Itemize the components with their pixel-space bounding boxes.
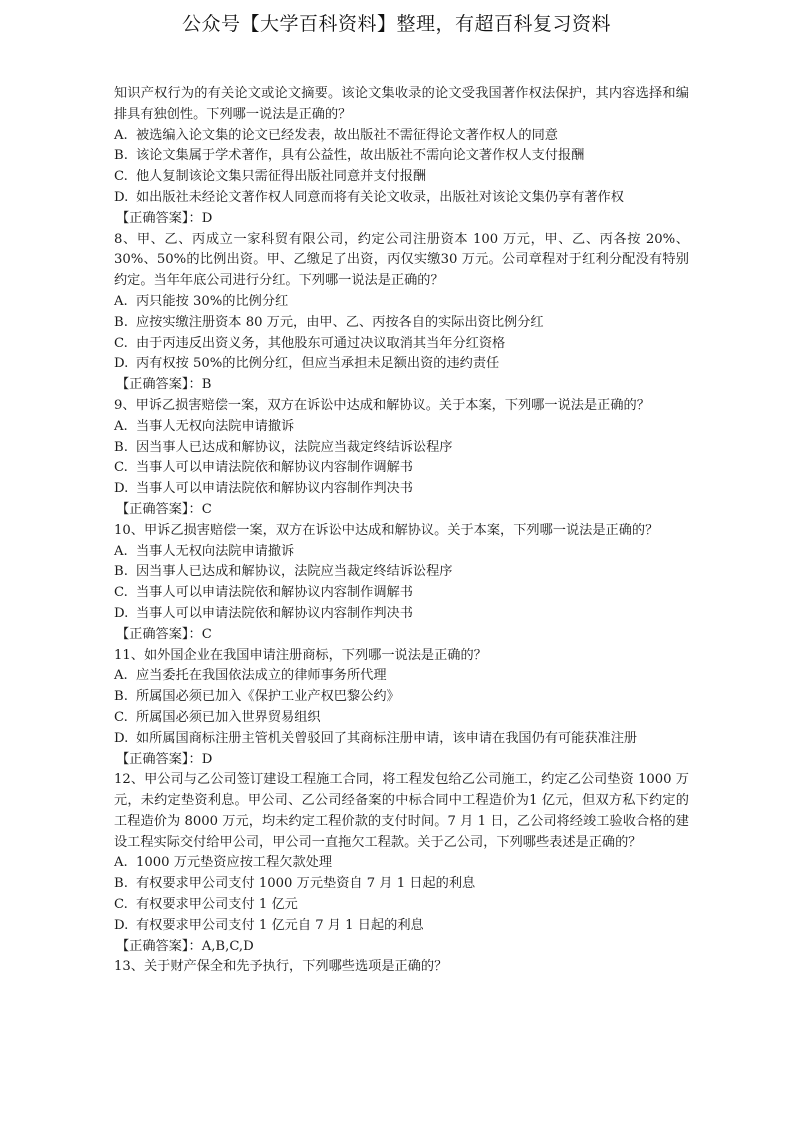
option-a: A.1000 万元垫资应按工程欠款处理 [114,853,689,874]
option-text: 所属国必须已加入世界贸易组织 [136,710,321,725]
option-a: A.当事人无权向法院申请撤诉 [114,542,689,563]
option-a: A.当事人无权向法院申请撤诉 [114,417,689,438]
answer-line: 【正确答案】：D [116,750,689,771]
option-a: A.应当委托在我国依法成立的律师事务所代理 [114,666,689,687]
option-text: 1000 万元垫资应按工程欠款处理 [136,855,332,870]
answer-label: 【正确答案】： [116,752,202,767]
answer-label: 【正确答案】： [116,627,202,642]
option-d: D.丙有权按 50%的比例分红，但应当承担未足额出资的违约责任 [114,354,689,375]
option-letter: C. [114,334,136,355]
option-text: 有权要求甲公司支付 1000 万元垫资自 7 月 1 日起的利息 [136,876,475,891]
answer-label: 【正确答案】： [116,939,202,954]
option-text: 所属国必须已加入《保护工业产权巴黎公约》 [136,689,400,704]
page-header: 公众号【大学百科资料】整理，有超百科复习资料 [0,9,793,36]
option-text: 应当委托在我国依法成立的律师事务所代理 [136,668,387,683]
option-text: 他人复制该论文集只需征得出版社同意并支付报酬 [136,169,426,184]
option-letter: C. [114,708,136,729]
option-b: B.所属国必须已加入《保护工业产权巴黎公约》 [114,687,689,708]
option-b: B.有权要求甲公司支付 1000 万元垫资自 7 月 1 日起的利息 [114,874,689,895]
option-letter: A. [114,853,136,874]
option-text: 当事人无权向法院申请撤诉 [136,544,294,559]
option-text: 丙只能按 30%的比例分红 [136,294,288,309]
option-c: C.由于丙违反出资义务，其他股东可通过决议取消其当年分红资格 [114,334,689,355]
option-a: A.被选编入论文集的论文已经发表，故出版社不需征得论文著作权人的同意 [114,126,689,147]
option-d: D.有权要求甲公司支付 1 亿元自 7 月 1 日起的利息 [114,916,689,937]
option-letter: D. [114,188,136,209]
option-letter: B. [114,313,136,334]
question-stem: 知识产权行为的有关论文或论文摘要。该论文集收录的论文受我国著作权法保护，其内容选… [114,84,689,126]
answer-value: B [202,377,212,392]
option-letter: D. [114,916,136,937]
option-letter: A. [114,292,136,313]
option-text: 有权要求甲公司支付 1 亿元自 7 月 1 日起的利息 [136,918,424,933]
answer-value: D [202,752,213,767]
option-letter: C. [114,458,136,479]
option-text: 因当事人已达成和解协议，法院应当裁定终结诉讼程序 [136,564,453,579]
option-a: A.丙只能按 30%的比例分红 [114,292,689,313]
answer-line: 【正确答案】：C [116,625,689,646]
option-c: C.所属国必须已加入世界贸易组织 [114,708,689,729]
question-stem: 12、甲公司与乙公司签订建设工程施工合同，将工程发包给乙公司施工，约定乙公司垫资… [114,770,689,853]
option-b: B.该论文集属于学术著作，具有公益性，故出版社不需向论文著作权人支付报酬 [114,146,689,167]
answer-label: 【正确答案】： [116,211,202,226]
option-text: 当事人可以申请法院依和解协议内容制作调解书 [136,460,413,475]
option-d: D.当事人可以申请法院依和解协议内容制作判决书 [114,604,689,625]
question-stem: 13、关于财产保全和先予执行，下列哪些选项是正确的？ [114,957,689,978]
answer-value: C [202,627,212,642]
option-d: D.如所属国商标注册主管机关曾驳回了其商标注册申请，该申请在我国仍有可能获准注册 [114,729,689,750]
option-b: B.因当事人已达成和解协议，法院应当裁定终结诉讼程序 [114,562,689,583]
option-text: 当事人可以申请法院依和解协议内容制作调解书 [136,585,413,600]
option-letter: A. [114,542,136,563]
option-letter: D. [114,604,136,625]
option-text: 有权要求甲公司支付 1 亿元 [136,897,298,912]
option-b: B.应按实缴注册资本 80 万元，由甲、乙、丙按各自的实际出资比例分红 [114,313,689,334]
option-text: 丙有权按 50%的比例分红，但应当承担未足额出资的违约责任 [136,356,499,371]
answer-value: A,B,C,D [202,939,254,954]
option-text: 应按实缴注册资本 80 万元，由甲、乙、丙按各自的实际出资比例分红 [136,315,544,330]
option-letter: C. [114,167,136,188]
option-letter: B. [114,146,136,167]
option-text: 被选编入论文集的论文已经发表，故出版社不需征得论文著作权人的同意 [136,128,558,143]
question-stem: 11、如外国企业在我国申请注册商标，下列哪一说法是正确的？ [114,646,689,667]
option-letter: A. [114,126,136,147]
answer-label: 【正确答案】： [116,502,202,517]
option-letter: A. [114,417,136,438]
option-c: C.有权要求甲公司支付 1 亿元 [114,895,689,916]
option-text: 当事人可以申请法院依和解协议内容制作判决书 [136,481,413,496]
answer-line: 【正确答案】：C [116,500,689,521]
option-b: B.因当事人已达成和解协议，法院应当裁定终结诉讼程序 [114,438,689,459]
option-d: D.如出版社未经论文著作权人同意而将有关论文收录，出版社对该论文集仍享有著作权 [114,188,689,209]
answer-line: 【正确答案】：B [116,375,689,396]
option-letter: C. [114,583,136,604]
answer-line: 【正确答案】：D [116,209,689,230]
answer-value: C [202,502,212,517]
option-c: C.当事人可以申请法院依和解协议内容制作调解书 [114,458,689,479]
option-c: C.他人复制该论文集只需征得出版社同意并支付报酬 [114,167,689,188]
answer-value: D [202,211,213,226]
option-letter: D. [114,729,136,750]
question-stem: 8、甲、乙、丙成立一家科贸有限公司，约定公司注册资本 100 万元，甲、乙、丙各… [114,230,689,292]
option-text: 由于丙违反出资义务，其他股东可通过决议取消其当年分红资格 [136,336,505,351]
option-d: D.当事人可以申请法院依和解协议内容制作判决书 [114,479,689,500]
option-letter: B. [114,687,136,708]
option-letter: C. [114,895,136,916]
option-text: 因当事人已达成和解协议，法院应当裁定终结诉讼程序 [136,440,453,455]
option-letter: A. [114,666,136,687]
option-text: 当事人可以申请法院依和解协议内容制作判决书 [136,606,413,621]
option-letter: B. [114,562,136,583]
option-letter: D. [114,479,136,500]
option-text: 该论文集属于学术著作，具有公益性，故出版社不需向论文著作权人支付报酬 [136,148,584,163]
option-text: 如所属国商标注册主管机关曾驳回了其商标注册申请，该申请在我国仍有可能获准注册 [136,731,637,746]
option-c: C.当事人可以申请法院依和解协议内容制作调解书 [114,583,689,604]
option-letter: D. [114,354,136,375]
option-letter: B. [114,438,136,459]
answer-label: 【正确答案】： [116,377,202,392]
question-stem: 9、甲诉乙损害赔偿一案，双方在诉讼中达成和解协议。关于本案，下列哪一说法是正确的… [114,396,689,417]
option-letter: B. [114,874,136,895]
document-body: 知识产权行为的有关论文或论文摘要。该论文集收录的论文受我国著作权法保护，其内容选… [114,84,689,978]
option-text: 当事人无权向法院申请撤诉 [136,419,294,434]
answer-line: 【正确答案】：A,B,C,D [116,937,689,958]
option-text: 如出版社未经论文著作权人同意而将有关论文收录，出版社对该论文集仍享有著作权 [136,190,624,205]
question-stem: 10、甲诉乙损害赔偿一案，双方在诉讼中达成和解协议。关于本案，下列哪一说法是正确… [114,521,689,542]
